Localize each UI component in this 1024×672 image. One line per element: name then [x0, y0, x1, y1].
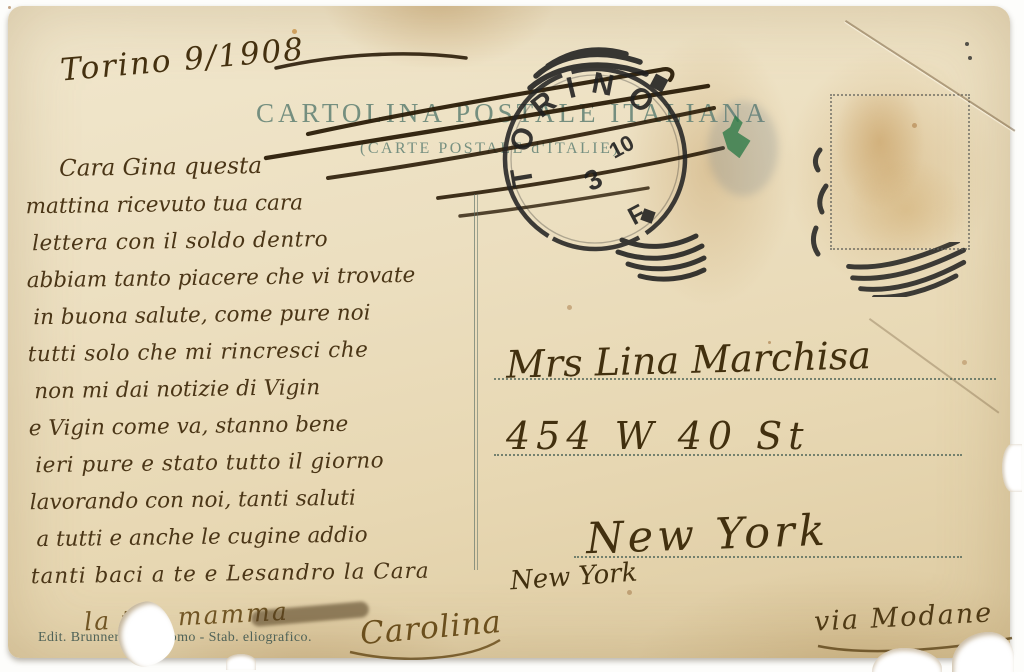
message-line: in buona salute, come pure noi — [33, 293, 491, 336]
route-note: via Modane — [813, 597, 994, 637]
message-line: e Vigin come va, stanno bene — [29, 404, 493, 447]
message-line: lavorando con noi, tanti saluti — [30, 478, 494, 521]
postcard-scan: CARTOLINA POSTALE ITALIANA (CARTE POSTAL… — [0, 0, 1024, 672]
message-line: tutti solo che mi rincresci che — [28, 330, 492, 373]
postmark: TORINO 3 10 F — [490, 34, 725, 284]
message-handwriting: Cara Gina questa mattina ricevuto tua ca… — [31, 145, 495, 595]
address-city: New York — [585, 506, 829, 564]
message-line: Cara Gina questa — [59, 145, 489, 188]
address-city-repeat: New York — [509, 558, 638, 597]
message-line: tanti baci a te e Lesandro la Cara — [31, 552, 495, 595]
postmark-hour: 3 — [579, 162, 607, 197]
ink-dot — [968, 56, 972, 60]
postcard: CARTOLINA POSTALE ITALIANA (CARTE POSTAL… — [8, 6, 1010, 658]
message-line: non mi dai notizie di Vigin — [34, 367, 492, 410]
message-line: mattina ricevuto tua cara — [25, 182, 489, 225]
torn-edge-chip — [1002, 444, 1022, 492]
torn-edge-chip — [226, 654, 256, 670]
postmark-minute: 10 — [605, 130, 638, 164]
message-line: lettera con il soldo dentro — [32, 219, 490, 262]
address-name-line: Mrs Lina Marchisa — [494, 332, 996, 380]
foxing-specks — [8, 6, 11, 9]
message-line: a tutti e anche le cugine addio — [36, 515, 494, 558]
wavy-cancel — [844, 242, 974, 297]
address-name: Mrs Lina Marchisa — [505, 333, 871, 387]
stamp-box — [830, 94, 970, 250]
signature-flourish — [346, 634, 506, 660]
message-line: ieri pure e stato tutto il giorno — [35, 441, 493, 484]
address-city-line: New York — [574, 506, 962, 558]
address-street: 454 W 40 St — [506, 414, 809, 458]
address-street-line: 454 W 40 St — [494, 408, 962, 456]
divider-line — [474, 194, 478, 570]
message-line: abbiam tanto piacere che vi trovate — [26, 256, 490, 299]
ink-dot — [965, 42, 969, 46]
